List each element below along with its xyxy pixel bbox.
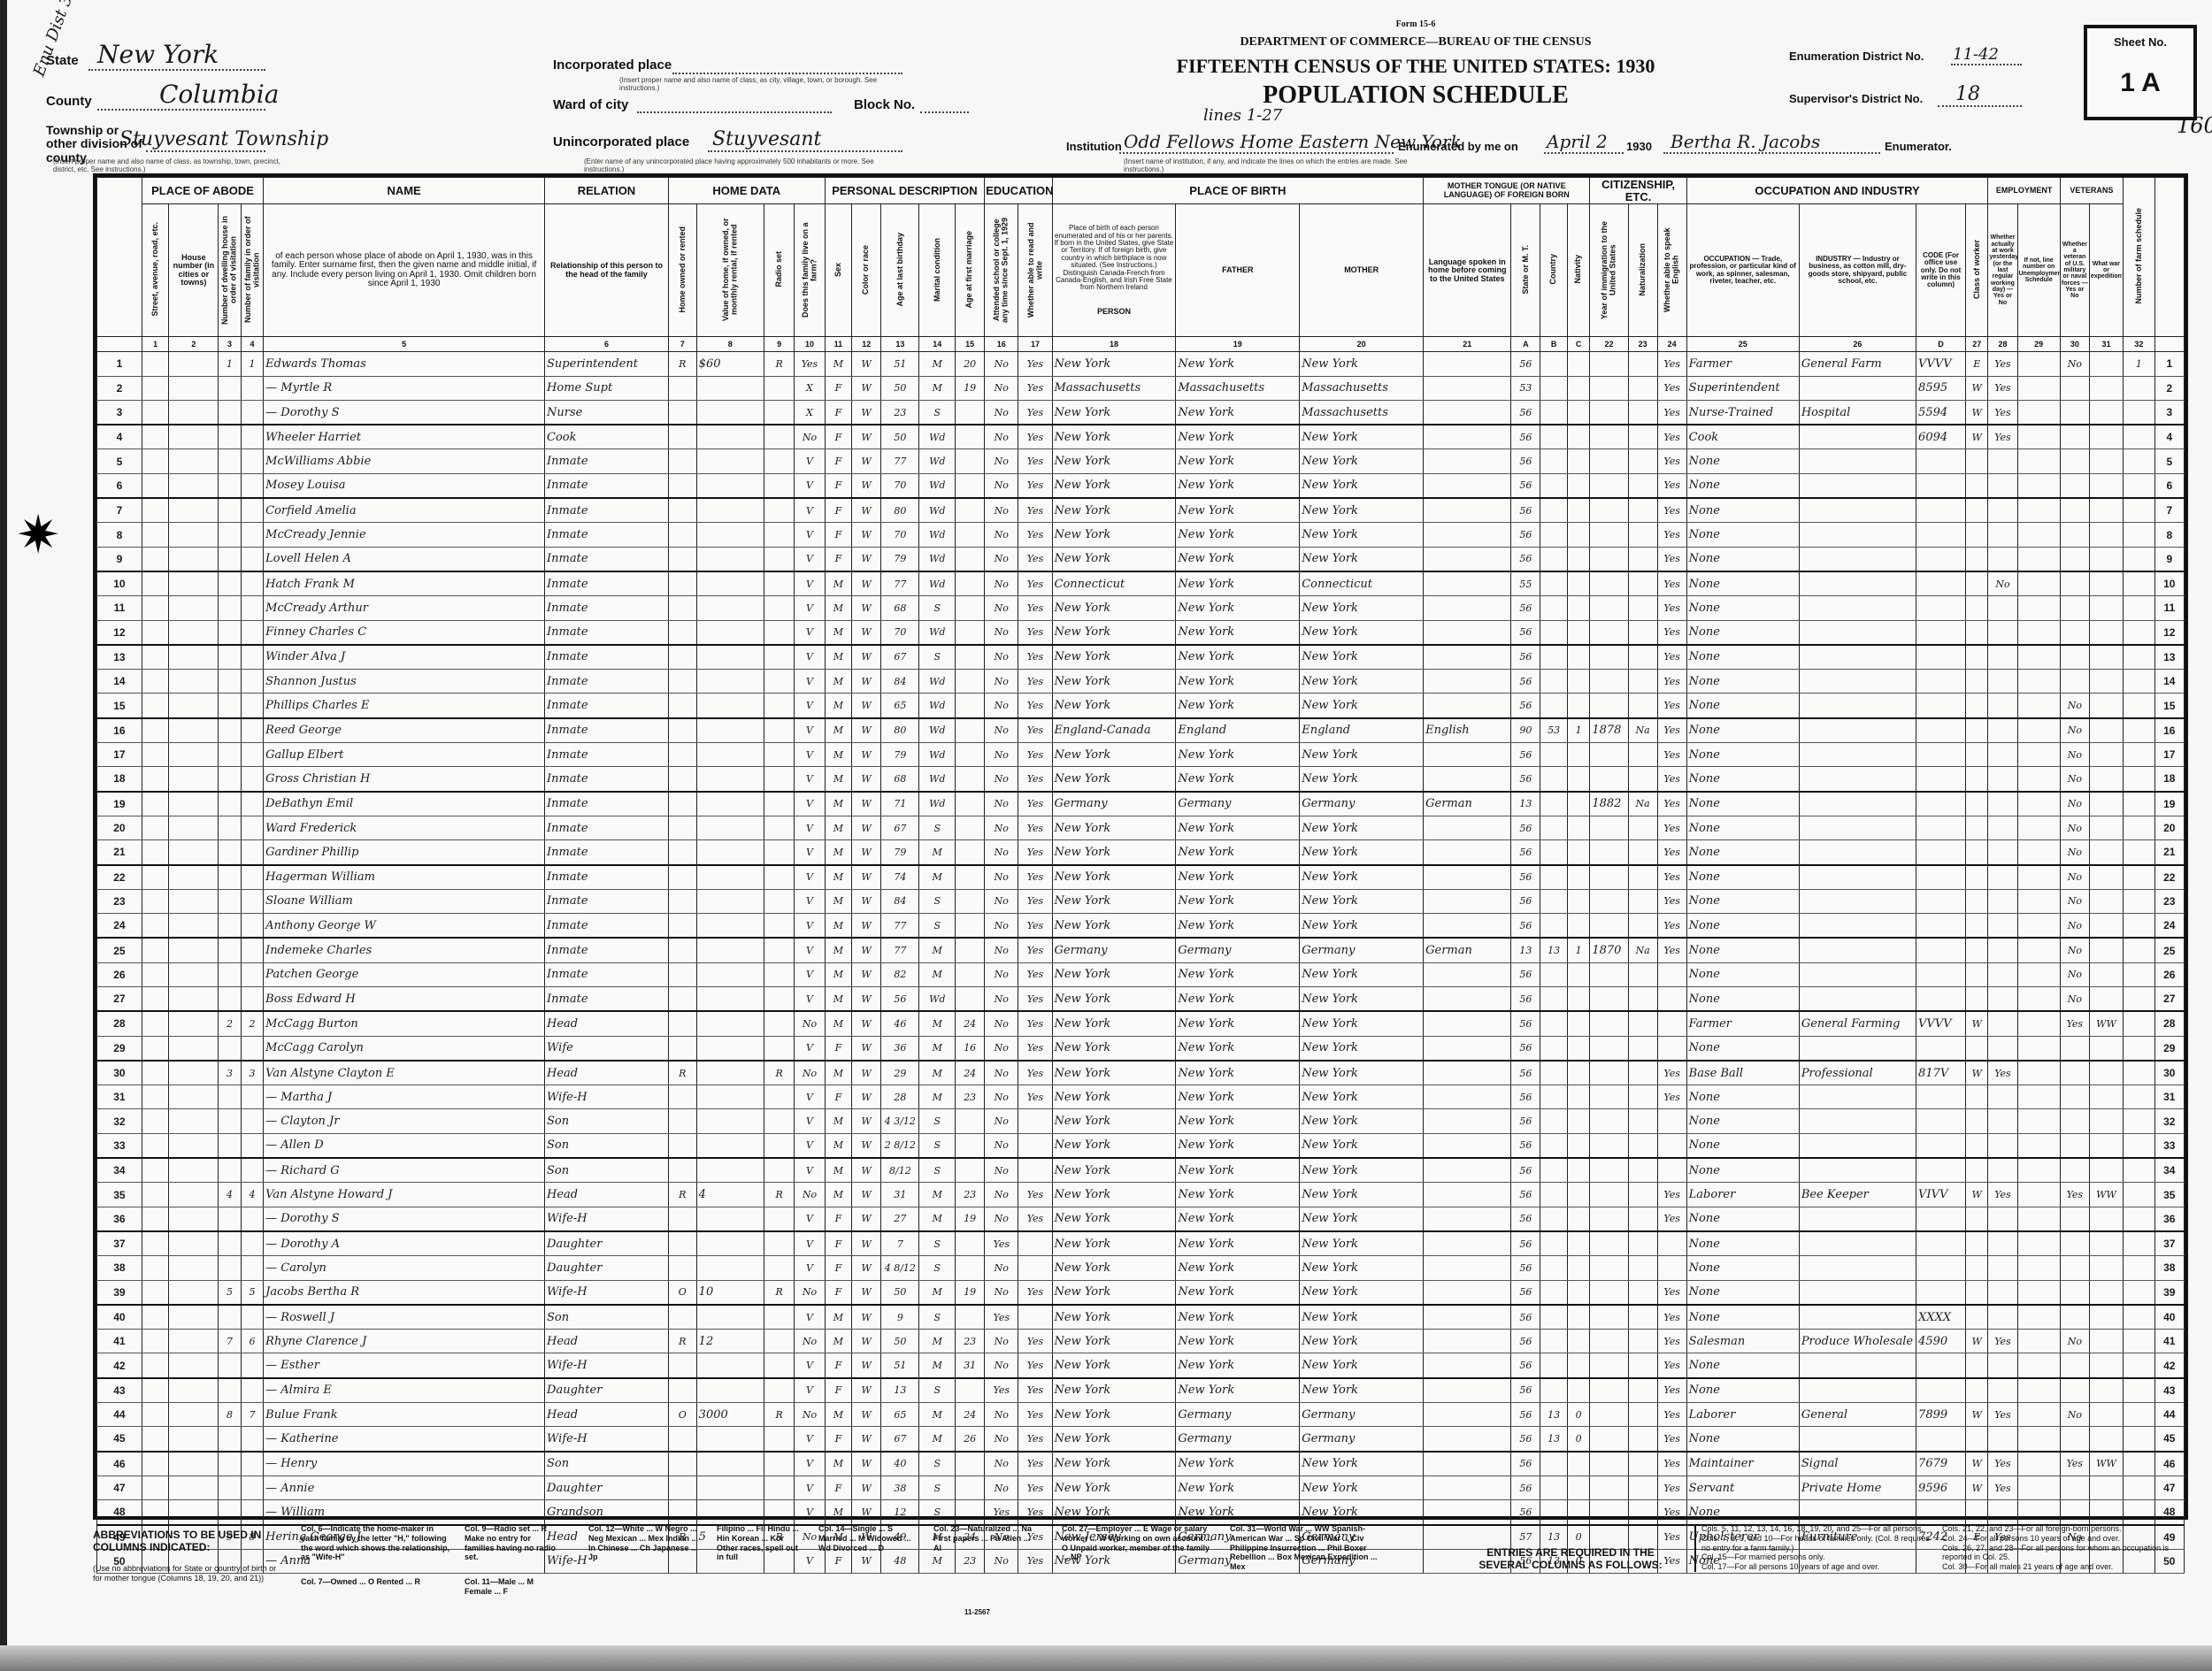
cell-code-b	[1540, 1207, 1568, 1231]
cell-speaks-english	[1657, 962, 1686, 986]
cell-farm-schedule	[2124, 1427, 2155, 1452]
cell-sex: F	[825, 1256, 852, 1280]
cell-birthplace: New York	[1052, 889, 1176, 913]
cell-speaks-english: Yes	[1657, 645, 1686, 670]
cell-speaks-english	[1657, 1011, 1686, 1036]
cell-occupation: None	[1686, 743, 1799, 767]
cell-street	[142, 1330, 169, 1353]
cell-veteran	[2060, 425, 2089, 449]
cell-at-work: Yes	[1988, 1476, 2017, 1499]
cell-code-a: 13	[1511, 792, 1540, 816]
cell-code-c	[1567, 1011, 1589, 1036]
cell-home-value	[696, 1378, 764, 1403]
cell-class-of-worker	[1965, 816, 1987, 839]
cell-language	[1424, 645, 1511, 670]
cell-read-write: Yes	[1018, 620, 1052, 645]
cell-age: 13	[881, 1378, 919, 1403]
cell-school: Yes	[985, 1231, 1018, 1256]
scan-left-edge	[0, 0, 7, 1671]
cell-code-d: 9596	[1916, 1476, 1966, 1499]
cell-farm-schedule	[2124, 1378, 2155, 1403]
cell-immigration-year	[1590, 1158, 1628, 1183]
cell-house-number	[169, 1061, 219, 1085]
cell-father-birthplace: England	[1176, 718, 1300, 743]
cell-war	[2089, 914, 2123, 939]
cell-house-number	[169, 620, 219, 645]
cell-read-write: Yes	[1018, 889, 1052, 913]
line-number-right: 30	[2154, 1061, 2184, 1085]
cell-home-tenure	[668, 571, 696, 596]
cell-home-value	[696, 1036, 764, 1061]
cell-code-d: VVVV	[1916, 352, 1966, 376]
cell-veteran: No	[2060, 840, 2089, 865]
cell-class-of-worker: W	[1965, 1452, 1987, 1476]
cell-speaks-english: Yes	[1657, 1280, 1686, 1305]
cell-unemployment-line	[2017, 1183, 2060, 1207]
cell-code-c	[1567, 498, 1589, 523]
cell-at-work: Yes	[1988, 1183, 2017, 1207]
cell-speaks-english	[1657, 1133, 1686, 1158]
cell-radio	[764, 987, 794, 1012]
cell-veteran	[2060, 1353, 2089, 1378]
table-row: 17Gallup ElbertInmateVMW79WdNoYesNew Yor…	[97, 743, 2185, 767]
line-number: 21	[97, 840, 142, 865]
cell-war	[2089, 1109, 2123, 1133]
cell-code-b	[1540, 743, 1568, 767]
cell-language	[1424, 1011, 1511, 1036]
column-number: D	[1916, 337, 1966, 352]
cell-mother-birthplace: New York	[1300, 1036, 1424, 1061]
cell-age: 9	[881, 1305, 919, 1330]
cell-code-b	[1540, 987, 1568, 1012]
col-birth-person: Place of birth of each person enumerated…	[1052, 204, 1176, 337]
cell-naturalization	[1628, 1256, 1657, 1280]
cell-birthplace: New York	[1052, 1011, 1176, 1036]
cell-at-work: No	[1988, 571, 2017, 596]
col-age-first-marriage: Age at first marriage	[956, 204, 985, 337]
cell-family-number	[241, 376, 263, 400]
column-number: 26	[1799, 337, 1916, 352]
cell-dwelling-number	[219, 596, 241, 620]
cell-class-of-worker	[1965, 718, 1987, 743]
cell-age: 84	[881, 670, 919, 694]
cell-veteran: No	[2060, 914, 2089, 939]
cell-mother-birthplace: New York	[1300, 840, 1424, 865]
cell-unemployment-line	[2017, 1256, 2060, 1280]
cell-naturalization	[1628, 645, 1657, 670]
cell-unemployment-line	[2017, 400, 2060, 425]
cell-sex: F	[825, 1036, 852, 1061]
cell-at-work	[1988, 767, 2017, 792]
line-number: 11	[97, 596, 142, 620]
line-number-right: 28	[2154, 1011, 2184, 1036]
abbrev-col14: Col. 14—Single ... S Married ... M Widow…	[818, 1524, 916, 1552]
cell-race: W	[852, 792, 881, 816]
cell-mother-birthplace: New York	[1300, 987, 1424, 1012]
cell-family-number	[241, 962, 263, 986]
cell-birthplace: New York	[1052, 1476, 1176, 1499]
cell-marital: S	[919, 1133, 956, 1158]
cell-house-number	[169, 1452, 219, 1476]
cell-farm-schedule	[2124, 962, 2155, 986]
cell-relation: Inmate	[545, 571, 669, 596]
cell-class-of-worker	[1965, 498, 1987, 523]
table-row: 9Lovell Helen AInmateVFW79WdNoYesNew Yor…	[97, 547, 2185, 571]
township-value: Stuyvesant Township	[119, 128, 328, 150]
cell-veteran	[2060, 1158, 2089, 1183]
cell-unemployment-line	[2017, 376, 2060, 400]
cell-code-b	[1540, 670, 1568, 694]
cell-occupation: None	[1686, 596, 1799, 620]
county-field: Columbia	[97, 84, 265, 111]
cell-speaks-english: Yes	[1657, 1353, 1686, 1378]
cell-code-c	[1567, 1452, 1589, 1476]
table-row: 111Edwards ThomasSuperintendentR$60RYesM…	[97, 352, 2185, 376]
cell-code-a: 56	[1511, 1305, 1540, 1330]
cell-marital: Wd	[919, 425, 956, 449]
cell-veteran	[2060, 1207, 2089, 1231]
cell-occupation: None	[1686, 523, 1799, 547]
table-row: 4487Bulue FrankHeadO3000RNoMW65M24NoYesN…	[97, 1403, 2185, 1427]
col-immigration: Year of immigration to the United States	[1590, 204, 1628, 337]
cell-relation: Superintendent	[545, 352, 669, 376]
cell-class-of-worker	[1965, 1427, 1987, 1452]
line-number-right: 32	[2154, 1109, 2184, 1133]
cell-home-tenure	[668, 1353, 696, 1378]
cell-immigration-year: 1870	[1590, 938, 1628, 962]
cell-class-of-worker: W	[1965, 1011, 1987, 1036]
cell-house-number	[169, 840, 219, 865]
cell-immigration-year	[1590, 1011, 1628, 1036]
cell-birthplace: New York	[1052, 596, 1176, 620]
cell-age-first-marriage: 26	[956, 1427, 985, 1452]
cell-family-number	[241, 889, 263, 913]
cell-war	[2089, 547, 2123, 571]
cell-code-c	[1567, 1207, 1589, 1231]
cell-father-birthplace: New York	[1176, 1353, 1300, 1378]
county-value: Columbia	[159, 80, 279, 109]
cell-age-first-marriage: 24	[956, 1011, 985, 1036]
cell-code-a: 56	[1511, 694, 1540, 718]
cell-home-value: 10	[696, 1280, 764, 1305]
cell-home-tenure	[668, 743, 696, 767]
cell-farm-schedule	[2124, 792, 2155, 816]
unincorporated-label: Unincorporated place	[553, 134, 689, 149]
cell-industry: General	[1799, 1403, 1916, 1427]
line-number: 39	[97, 1280, 142, 1305]
cell-speaks-english: Yes	[1657, 792, 1686, 816]
line-number: 17	[97, 743, 142, 767]
cell-age: 31	[881, 1183, 919, 1207]
cell-race: W	[852, 1280, 881, 1305]
cell-dwelling-number	[219, 865, 241, 890]
cell-sex: M	[825, 1330, 852, 1353]
line-col-right	[2154, 178, 2184, 337]
cell-home-tenure	[668, 400, 696, 425]
cell-age: 77	[881, 449, 919, 473]
cell-farm: No	[795, 1403, 825, 1427]
cell-naturalization: Na	[1628, 792, 1657, 816]
cell-language	[1424, 352, 1511, 376]
cell-at-work	[1988, 1305, 2017, 1330]
population-schedule-table: PLACE OF ABODE NAME RELATION HOME DATA P…	[96, 177, 2185, 1574]
cell-home-tenure	[668, 473, 696, 498]
cell-school: No	[985, 1427, 1018, 1452]
cell-marital: M	[919, 1427, 956, 1452]
cell-radio	[764, 767, 794, 792]
entries-8: Col. 30—For all males 21 years of age an…	[1942, 1562, 2172, 1572]
cell-naturalization	[1628, 816, 1657, 839]
cell-age: 40	[881, 1452, 919, 1476]
cell-occupation: None	[1686, 718, 1799, 743]
col-war: What war or expedition?	[2089, 204, 2123, 337]
cell-war	[2089, 1158, 2123, 1183]
cell-farm-schedule	[2124, 473, 2155, 498]
cell-person-name: Lovell Helen A	[264, 547, 545, 571]
cell-father-birthplace: New York	[1176, 1109, 1300, 1133]
cell-street	[142, 1353, 169, 1378]
cell-race: W	[852, 473, 881, 498]
column-number	[2154, 337, 2184, 352]
cell-industry	[1799, 792, 1916, 816]
cell-code-a: 56	[1511, 889, 1540, 913]
cell-marital: S	[919, 1231, 956, 1256]
cell-family-number	[241, 1133, 263, 1158]
cell-race: W	[852, 1207, 881, 1231]
cell-veteran: No	[2060, 792, 2089, 816]
cell-radio	[764, 1353, 794, 1378]
cell-code-c	[1567, 1109, 1589, 1133]
cell-naturalization	[1628, 1011, 1657, 1036]
cell-mother-birthplace: New York	[1300, 1452, 1424, 1476]
cell-home-value	[696, 718, 764, 743]
cell-marital: S	[919, 914, 956, 939]
supervisor-value: 18	[1955, 83, 1980, 105]
cell-father-birthplace: New York	[1176, 1207, 1300, 1231]
cell-home-value	[696, 1353, 764, 1378]
cell-age: 56	[881, 987, 919, 1012]
cell-dwelling-number	[219, 547, 241, 571]
cell-code-a: 56	[1511, 840, 1540, 865]
cell-street	[142, 1280, 169, 1305]
cell-sex: M	[825, 1305, 852, 1330]
cell-code-a: 56	[1511, 547, 1540, 571]
cell-code-b	[1540, 547, 1568, 571]
cell-radio	[764, 938, 794, 962]
cell-marital: M	[919, 1280, 956, 1305]
cell-school: No	[985, 1256, 1018, 1280]
cell-birthplace: New York	[1052, 449, 1176, 473]
cell-house-number	[169, 914, 219, 939]
cell-speaks-english: Yes	[1657, 840, 1686, 865]
enumerated-year: 1930	[1626, 140, 1652, 153]
cell-at-work	[1988, 914, 2017, 939]
cell-person-name: — Almira E	[264, 1378, 545, 1403]
cell-birthplace: New York	[1052, 1207, 1176, 1231]
cell-home-tenure	[668, 547, 696, 571]
cell-read-write: Yes	[1018, 767, 1052, 792]
cell-farm: V	[795, 670, 825, 694]
cell-birthplace: New York	[1052, 694, 1176, 718]
cell-code-a: 56	[1511, 987, 1540, 1012]
cell-home-tenure	[668, 498, 696, 523]
cell-home-tenure	[668, 987, 696, 1012]
cell-speaks-english: Yes	[1657, 1403, 1686, 1427]
cell-read-write: Yes	[1018, 1427, 1052, 1452]
col-street: Street, avenue, road, etc.	[142, 204, 169, 337]
cell-home-tenure: R	[668, 1330, 696, 1353]
cell-father-birthplace: New York	[1176, 1183, 1300, 1207]
cell-race: W	[852, 1085, 881, 1109]
cell-war	[2089, 962, 2123, 986]
cell-street	[142, 376, 169, 400]
cell-marital: M	[919, 1403, 956, 1427]
cell-code-c	[1567, 1256, 1589, 1280]
cell-code-c	[1567, 425, 1589, 449]
cell-school: No	[985, 1183, 1018, 1207]
cell-war	[2089, 473, 2123, 498]
cell-birthplace: New York	[1052, 523, 1176, 547]
cell-family-number	[241, 425, 263, 449]
cell-radio	[764, 670, 794, 694]
abbrev-col31: Col. 31—World War ... WW Spanish-America…	[1230, 1524, 1380, 1572]
cell-school: No	[985, 718, 1018, 743]
cell-sex: M	[825, 1133, 852, 1158]
cell-naturalization	[1628, 962, 1657, 986]
cell-mother-birthplace: New York	[1300, 1256, 1424, 1280]
cell-father-birthplace: New York	[1176, 523, 1300, 547]
cell-code-a: 56	[1511, 498, 1540, 523]
cell-school: No	[985, 376, 1018, 400]
cell-code-b	[1540, 1158, 1568, 1183]
cell-occupation: None	[1686, 1231, 1799, 1256]
line-number-right: 38	[2154, 1256, 2184, 1280]
cell-farm-schedule	[2124, 645, 2155, 670]
cell-at-work	[1988, 498, 2017, 523]
cell-family-number	[241, 865, 263, 890]
birth-note: Place of birth of each person enumerated…	[1054, 225, 1175, 292]
cell-speaks-english: Yes	[1657, 425, 1686, 449]
line-number-right: 35	[2154, 1183, 2184, 1207]
cell-class-of-worker: W	[1965, 376, 1987, 400]
cell-code-c	[1567, 620, 1589, 645]
cell-age-first-marriage	[956, 938, 985, 962]
cell-naturalization	[1628, 1403, 1657, 1427]
cell-person-name: Hatch Frank M	[264, 571, 545, 596]
cell-home-value	[696, 1305, 764, 1330]
cell-person-name: — Annie	[264, 1476, 545, 1499]
cell-unemployment-line	[2017, 914, 2060, 939]
cell-person-name: Reed George	[264, 718, 545, 743]
cell-code-b	[1540, 1452, 1568, 1476]
cell-age: 4 8/12	[881, 1256, 919, 1280]
cell-class-of-worker	[1965, 792, 1987, 816]
cell-code-c	[1567, 816, 1589, 839]
cell-home-tenure	[668, 816, 696, 839]
cell-code-d	[1916, 1231, 1966, 1256]
line-number-right: 2	[2154, 376, 2184, 400]
cell-house-number	[169, 352, 219, 376]
cell-dwelling-number	[219, 498, 241, 523]
cell-immigration-year	[1590, 1085, 1628, 1109]
cell-school: No	[985, 1036, 1018, 1061]
cell-age-first-marriage	[956, 865, 985, 890]
cell-home-tenure	[668, 1305, 696, 1330]
cell-code-c	[1567, 865, 1589, 890]
cell-code-d	[1916, 938, 1966, 962]
cell-relation: Head	[545, 1011, 669, 1036]
cell-house-number	[169, 1280, 219, 1305]
cell-person-name: — Richard G	[264, 1158, 545, 1183]
cell-naturalization	[1628, 498, 1657, 523]
cell-age-first-marriage	[956, 1256, 985, 1280]
cell-read-write: Yes	[1018, 962, 1052, 986]
cell-person-name: Boss Edward H	[264, 987, 545, 1012]
cell-marital: S	[919, 645, 956, 670]
cell-father-birthplace: New York	[1176, 1011, 1300, 1036]
cell-person-name: — Henry	[264, 1452, 545, 1476]
cell-marital: Wd	[919, 498, 956, 523]
cell-father-birthplace: New York	[1176, 547, 1300, 571]
cell-language	[1424, 694, 1511, 718]
cell-immigration-year	[1590, 376, 1628, 400]
cell-unemployment-line	[2017, 1330, 2060, 1353]
cell-industry: Bee Keeper	[1799, 1183, 1916, 1207]
cell-unemployment-line	[2017, 938, 2060, 962]
cell-language	[1424, 1133, 1511, 1158]
cell-sex: F	[825, 1280, 852, 1305]
cell-person-name: Shannon Justus	[264, 670, 545, 694]
cell-read-write: Yes	[1018, 914, 1052, 939]
cell-home-tenure	[668, 767, 696, 792]
cell-immigration-year	[1590, 1378, 1628, 1403]
cell-veteran	[2060, 1378, 2089, 1403]
cell-speaks-english: Yes	[1657, 352, 1686, 376]
cell-marital: Wd	[919, 792, 956, 816]
cell-war	[2089, 1085, 2123, 1109]
cell-marital: S	[919, 1109, 956, 1133]
line-number-right: 34	[2154, 1158, 2184, 1183]
cell-read-write: Yes	[1018, 473, 1052, 498]
abbrev-col12: Col. 12—White ... W Negro ... Neg Mexica…	[588, 1524, 703, 1562]
cell-veteran: No	[2060, 865, 2089, 890]
form-number: Form 15-6	[1018, 19, 1814, 29]
cell-veteran: Yes	[2060, 1011, 2089, 1036]
cell-radio	[764, 1011, 794, 1036]
cell-war	[2089, 1231, 2123, 1256]
cell-sex: M	[825, 1011, 852, 1036]
cell-birthplace: New York	[1052, 1133, 1176, 1158]
cell-relation: Daughter	[545, 1378, 669, 1403]
cell-family-number	[241, 498, 263, 523]
cell-veteran	[2060, 1061, 2089, 1085]
cell-language	[1424, 1183, 1511, 1207]
cell-code-b	[1540, 1353, 1568, 1378]
cell-sex: F	[825, 1085, 852, 1109]
cell-code-d: 6094	[1916, 425, 1966, 449]
cell-home-value	[696, 498, 764, 523]
cell-dwelling-number	[219, 816, 241, 839]
cell-age-first-marriage	[956, 1452, 985, 1476]
cell-age-first-marriage	[956, 816, 985, 839]
incorporated-field	[672, 55, 902, 74]
cell-veteran	[2060, 620, 2089, 645]
line-number-right: 37	[2154, 1231, 2184, 1256]
cell-farm: X	[795, 376, 825, 400]
cell-house-number	[169, 1256, 219, 1280]
cell-school: No	[985, 498, 1018, 523]
cell-code-d	[1916, 816, 1966, 839]
